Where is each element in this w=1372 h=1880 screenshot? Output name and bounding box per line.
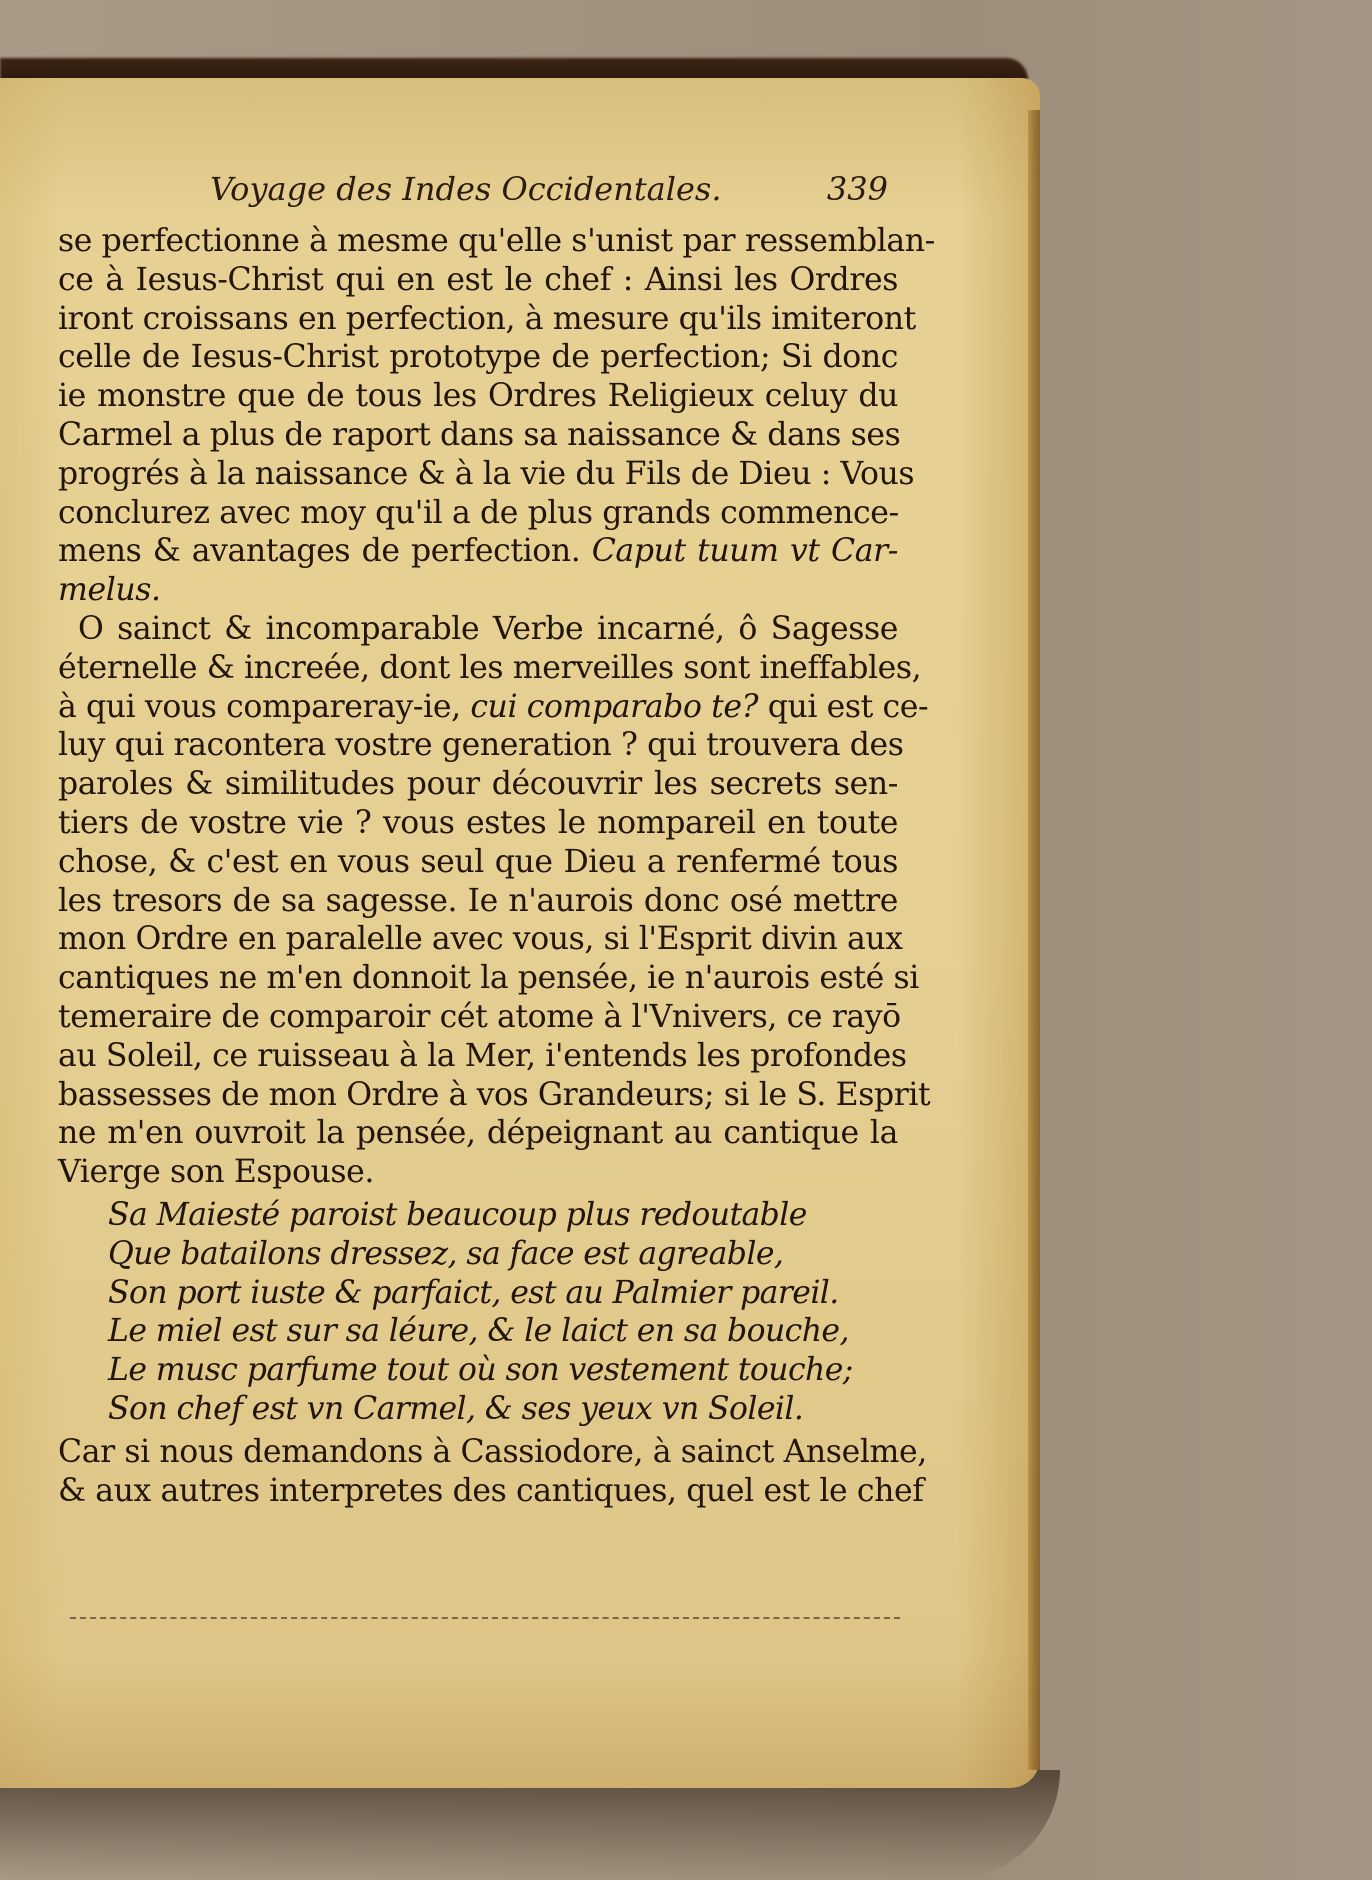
text-line: paroles & similitudes pour découvrir les… [58, 765, 898, 804]
text-line: chose, & c'est en vous seul que Dieu a r… [58, 843, 898, 882]
verse-line: Le musc parfume tout où son vestement to… [58, 1351, 898, 1390]
text-line: mens & avantages de perfection. Caput tu… [58, 532, 898, 571]
paragraph-1: se perfectionne à mesme qu'elle s'unist … [58, 222, 898, 610]
text-line: au Soleil, ce ruisseau à la Mer, i'enten… [58, 1037, 898, 1076]
page-number: 339 [827, 170, 888, 208]
text-line: mon Ordre en paralelle avec vous, si l'E… [58, 920, 898, 959]
text-line: bassesses de mon Ordre à vos Grandeurs; … [58, 1076, 898, 1115]
text-line: cantiques ne m'en donnoit la pensée, ie … [58, 959, 898, 998]
latin-quote-end: melus. [58, 571, 898, 610]
text-roman: à qui vous compareray-ie, [58, 689, 470, 725]
page-body: se perfectionne à mesme qu'elle s'unist … [58, 222, 898, 1510]
text-line: tiers de vostre vie ? vous estes le nomp… [58, 804, 898, 843]
bleed-through-rule [70, 1617, 900, 1622]
verse-line: Que batailons dressez, sa face est agrea… [58, 1235, 898, 1274]
latin-quote: cui comparabo te? [470, 689, 758, 725]
text-line: éternelle & increée, dont les merveilles… [58, 649, 898, 688]
text-line: Carmel a plus de raport dans sa naissanc… [58, 416, 898, 455]
latin-quote: Caput tuum vt Car- [592, 533, 898, 569]
running-title: Voyage des Indes Occidentales. [210, 170, 722, 208]
text-line: Vierge son Espouse. [58, 1153, 898, 1192]
text-line: progrés à la naissance & à la vie du Fil… [58, 455, 898, 494]
text-line: ne m'en ouvroit la pensée, dépeignant au… [58, 1114, 898, 1153]
verse-line: Sa Maiesté paroist beaucoup plus redouta… [58, 1196, 898, 1235]
text-line: ce à Iesus-Christ qui en est le chef : A… [58, 261, 898, 300]
page-fore-edge [1028, 110, 1040, 1770]
page-header: Voyage des Indes Occidentales. 339 [210, 170, 910, 220]
text-line: à qui vous compareray-ie, cui comparabo … [58, 688, 898, 727]
text-line: celle de Iesus-Christ prototype de perfe… [58, 338, 898, 377]
text-line: iront croissans en perfection, à mesure … [58, 300, 898, 339]
text-line: se perfectionne à mesme qu'elle s'unist … [58, 222, 898, 261]
text-line: les tresors de sa sagesse. Ie n'aurois d… [58, 882, 898, 921]
text-line: conclurez avec moy qu'il a de plus grand… [58, 494, 898, 533]
paragraph-3: Car si nous demandons à Cassiodore, à sa… [58, 1433, 898, 1511]
text-line: ie monstre que de tous les Ordres Religi… [58, 377, 898, 416]
verse-line: Le miel est sur sa léure, & le laict en … [58, 1312, 898, 1351]
text-roman: qui est ce- [758, 689, 928, 725]
text-line: Car si nous demandons à Cassiodore, à sa… [58, 1433, 898, 1472]
text-line: O sainct & incomparable Verbe incarné, ô… [58, 610, 898, 649]
verse-block: Sa Maiesté paroist beaucoup plus redouta… [58, 1196, 898, 1429]
paragraph-2: O sainct & incomparable Verbe incarné, ô… [58, 610, 898, 1192]
text-line: temeraire de comparoir cét atome à l'Vni… [58, 998, 898, 1037]
verse-line: Son port iuste & parfaict, est au Palmie… [58, 1274, 898, 1313]
verse-line: Son chef est vn Carmel, & ses yeux vn So… [58, 1390, 898, 1429]
text-line: luy qui racontera vostre generation ? qu… [58, 726, 898, 765]
text-line: & aux autres interpretes des cantiques, … [58, 1472, 898, 1511]
text-roman: mens & avantages de perfection. [58, 533, 592, 569]
